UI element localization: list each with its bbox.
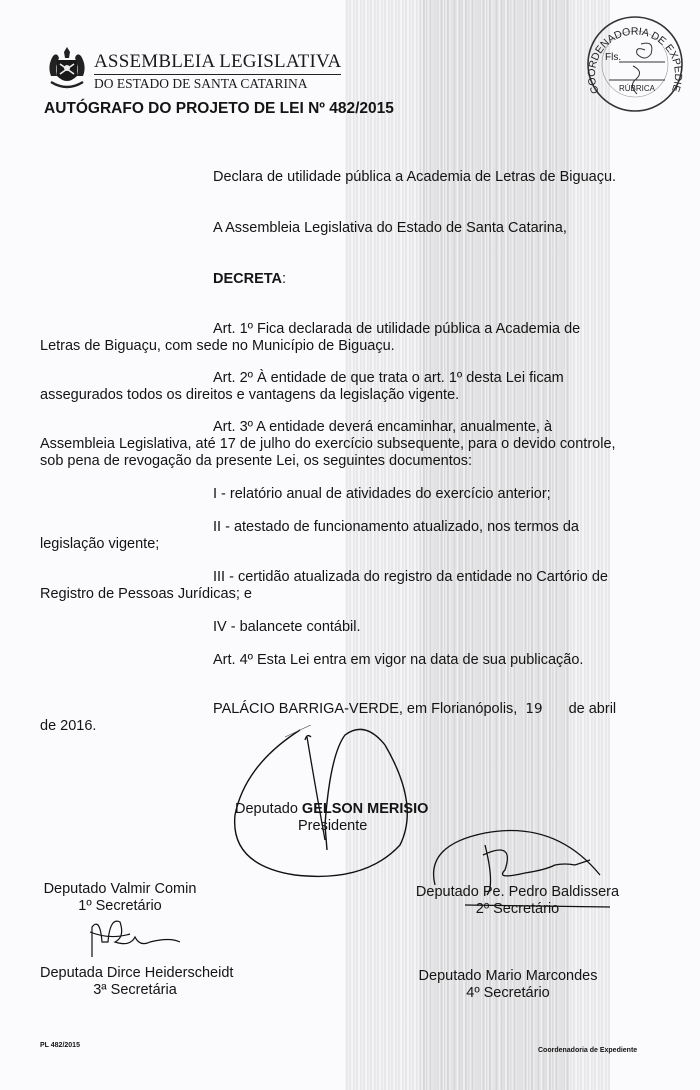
fourth-secretary-name: Deputado Mario Marcondes: [408, 967, 608, 985]
footer-department: Coordenadoria de Expediente: [538, 1047, 637, 1054]
president-prefix: Deputado: [235, 801, 302, 817]
third-secretary-signature: [80, 912, 190, 962]
ementa: Declara de utilidade pública a Academia …: [213, 168, 616, 186]
place: PALÁCIO BARRIGA-VERDE, em Florianópolis,: [213, 701, 517, 717]
item-1: I - relatório anual de atividades do exe…: [213, 485, 551, 503]
item-2-first-line: II - atestado de funcionamento atualizad…: [213, 518, 631, 536]
first-secretary-name: Deputado Valmir Comin: [40, 880, 200, 898]
article-3-line-2: Assembleia Legislativa, até 17 de julho …: [40, 435, 616, 453]
date-month: de abril: [569, 701, 617, 717]
item-3-first-line: III - certidão atualizada do registro da…: [213, 568, 631, 586]
expediente-stamp: COORDENADORIA DE EXPEDIENTE Fls. RÚBRICA: [585, 14, 685, 114]
article-2-continuation: assegurados todos os direitos e vantagen…: [40, 386, 459, 404]
article-1-first-line: Art. 1º Fica declarada de utilidade públ…: [213, 320, 631, 338]
third-secretary-role: 3ª Secretária: [40, 981, 230, 999]
decreta-heading: DECRETA:: [213, 270, 286, 288]
item-2-continuation: legislação vigente;: [40, 535, 159, 553]
decreta-colon: :: [282, 271, 286, 287]
president-name: Deputado GELSON MERISIO: [235, 800, 428, 818]
state-coat-of-arms-icon: [45, 46, 89, 92]
org-name: ASSEMBLEIA LEGISLATIVA: [94, 51, 341, 75]
third-secretary-name: Deputada Dirce Heiderscheidt: [40, 964, 233, 982]
date-day: 19: [525, 701, 542, 717]
decreta-word: DECRETA: [213, 271, 282, 287]
preamble: A Assembleia Legislativa do Estado de Sa…: [213, 219, 567, 237]
fourth-secretary-role: 4º Secretário: [408, 984, 608, 1002]
stamp-fls-label: Fls.: [605, 52, 621, 63]
article-2-first-line: Art. 2º À entidade de que trata o art. 1…: [213, 369, 631, 387]
date-year: de 2016.: [40, 717, 96, 735]
item-3-continuation: Registro de Pessoas Jurídicas; e: [40, 585, 252, 603]
scan-artifact-band-inner: [420, 0, 570, 1090]
footer-bill-number: PL 482/2015: [40, 1042, 80, 1049]
item-4: IV - balancete contábil.: [213, 618, 361, 636]
second-secretary-role: 2º Secretário: [405, 900, 630, 918]
org-subname: DO ESTADO DE SANTA CATARINA: [94, 76, 308, 92]
article-1-continuation: Letras de Biguaçu, com sede no Município…: [40, 337, 395, 355]
document-title: AUTÓGRAFO DO PROJETO DE LEI Nº 482/2015: [44, 100, 394, 118]
article-3-line-3: sob pena de revogação da presente Lei, o…: [40, 452, 472, 470]
place-date-line: PALÁCIO BARRIGA-VERDE, em Florianópolis,…: [213, 700, 616, 718]
article-3-first-line: Art. 3º A entidade deverá encaminhar, an…: [213, 418, 631, 436]
second-secretary-name: Deputado Pe. Pedro Baldissera: [405, 883, 630, 901]
president-role: Presidente: [298, 817, 367, 835]
article-4: Art. 4º Esta Lei entra em vigor na data …: [213, 651, 583, 669]
president-surname: GELSON MERISIO: [302, 801, 429, 817]
stamp-rubrica-label: RÚBRICA: [619, 84, 656, 93]
